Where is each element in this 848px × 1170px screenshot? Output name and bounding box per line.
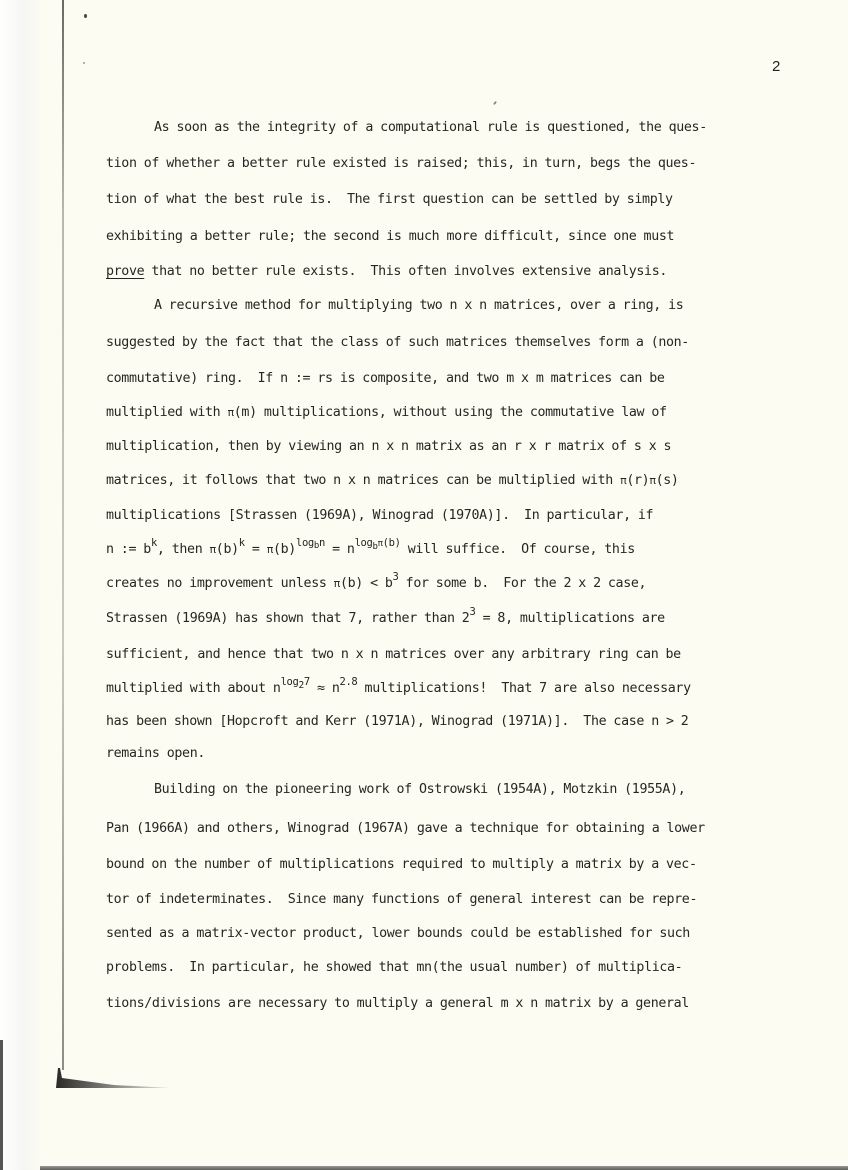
text-span: log	[281, 676, 299, 688]
text-span: matrices, it follows that two n x n matr…	[106, 473, 620, 488]
formula-line: multiplied with about nlog27 ≈ n2.8 mult…	[106, 680, 691, 698]
text-line: tion of whether a better rule existed is…	[106, 155, 696, 173]
text-span: that no better rule exists. This often i…	[144, 264, 667, 279]
page-number: 2	[772, 58, 780, 75]
page-corner-shadow	[54, 1068, 174, 1090]
superscript: logbπ(b)	[355, 537, 401, 549]
superscript: log27	[281, 676, 310, 688]
text-span: log	[296, 537, 314, 549]
text-span: (b) < b	[340, 576, 393, 591]
scan-left-margin	[0, 0, 40, 1170]
page-edge-line	[62, 0, 64, 1070]
text-span: = n	[325, 542, 355, 557]
text-line: multiplication, then by viewing an n x n…	[106, 438, 671, 456]
scan-speck	[84, 14, 87, 18]
text-span: multiplied with about n	[106, 681, 281, 696]
text-span: log	[355, 537, 373, 549]
scan-bottom-edge	[40, 1166, 848, 1170]
text-span: = 8, multiplications are	[475, 611, 664, 626]
text-span: Strassen (1969A) has shown that 7, rathe…	[106, 611, 469, 626]
formula-line: n := bk, then π(b)k = π(b)logbn = nlogbπ…	[106, 541, 635, 559]
text-line: has been shown [Hopcroft and Kerr (1971A…	[106, 713, 688, 731]
text-line: prove that no better rule exists. This o…	[106, 263, 667, 281]
text-line: Strassen (1969A) has shown that 7, rathe…	[106, 610, 665, 628]
text-span: (m) multiplications, without using the c…	[234, 405, 667, 420]
scan-speck	[493, 101, 497, 105]
text-line: remains open.	[106, 745, 205, 763]
text-line: exhibiting a better rule; the second is …	[106, 228, 674, 246]
text-span: multiplications! That 7 are also necessa…	[357, 681, 690, 696]
text-span: creates no improvement unless	[106, 576, 334, 591]
text-span: (r)	[626, 473, 649, 488]
text-span: multiplied with	[106, 405, 228, 420]
text-line: creates no improvement unless π(b) < b3 …	[106, 575, 646, 593]
text-line: sented as a matrix-vector product, lower…	[106, 925, 690, 943]
superscript: 2.8	[339, 676, 357, 688]
text-span: (b)	[216, 542, 239, 557]
text-line: As soon as the integrity of a computatio…	[106, 119, 707, 137]
scan-edge-shadow	[0, 1040, 3, 1170]
text-line: sufficient, and hence that two n x n mat…	[106, 646, 681, 664]
text-span: (s)	[656, 473, 679, 488]
emphasized-word: prove	[106, 264, 144, 279]
text-line: tion of what the best rule is. The first…	[106, 191, 673, 209]
text-span: (b)	[383, 537, 401, 549]
text-span: ≈ n	[310, 681, 340, 696]
text-line: suggested by the fact that the class of …	[106, 334, 689, 352]
text-line: multiplied with π(m) multiplications, wi…	[106, 404, 667, 422]
text-line: tor of indeterminates. Since many functi…	[106, 891, 697, 909]
scanned-page: 2 As soon as the integrity of a computat…	[0, 0, 848, 1170]
text-span: =	[245, 542, 267, 557]
text-line: multiplications [Strassen (1969A), Winog…	[106, 507, 653, 525]
scan-speck	[83, 62, 85, 64]
text-line: matrices, it follows that two n x n matr…	[106, 472, 679, 490]
text-line: Pan (1966A) and others, Winograd (1967A)…	[106, 820, 705, 838]
text-span: for some b. For the 2 x 2 case,	[399, 576, 647, 591]
text-line: tions/divisions are necessary to multipl…	[106, 995, 689, 1013]
text-line: Building on the pioneering work of Ostro…	[106, 781, 685, 799]
text-line: bound on the number of multiplications r…	[106, 856, 697, 874]
superscript: logbn	[296, 537, 325, 549]
text-span: (b)	[273, 542, 296, 557]
text-span: will suffice. Of course, this	[401, 542, 635, 557]
text-line: problems. In particular, he showed that …	[106, 959, 682, 977]
text-line: commutative) ring. If n := rs is composi…	[106, 370, 665, 388]
text-line: A recursive method for multiplying two n…	[106, 297, 683, 315]
text-span: , then	[157, 542, 210, 557]
text-span: n := b	[106, 542, 151, 557]
